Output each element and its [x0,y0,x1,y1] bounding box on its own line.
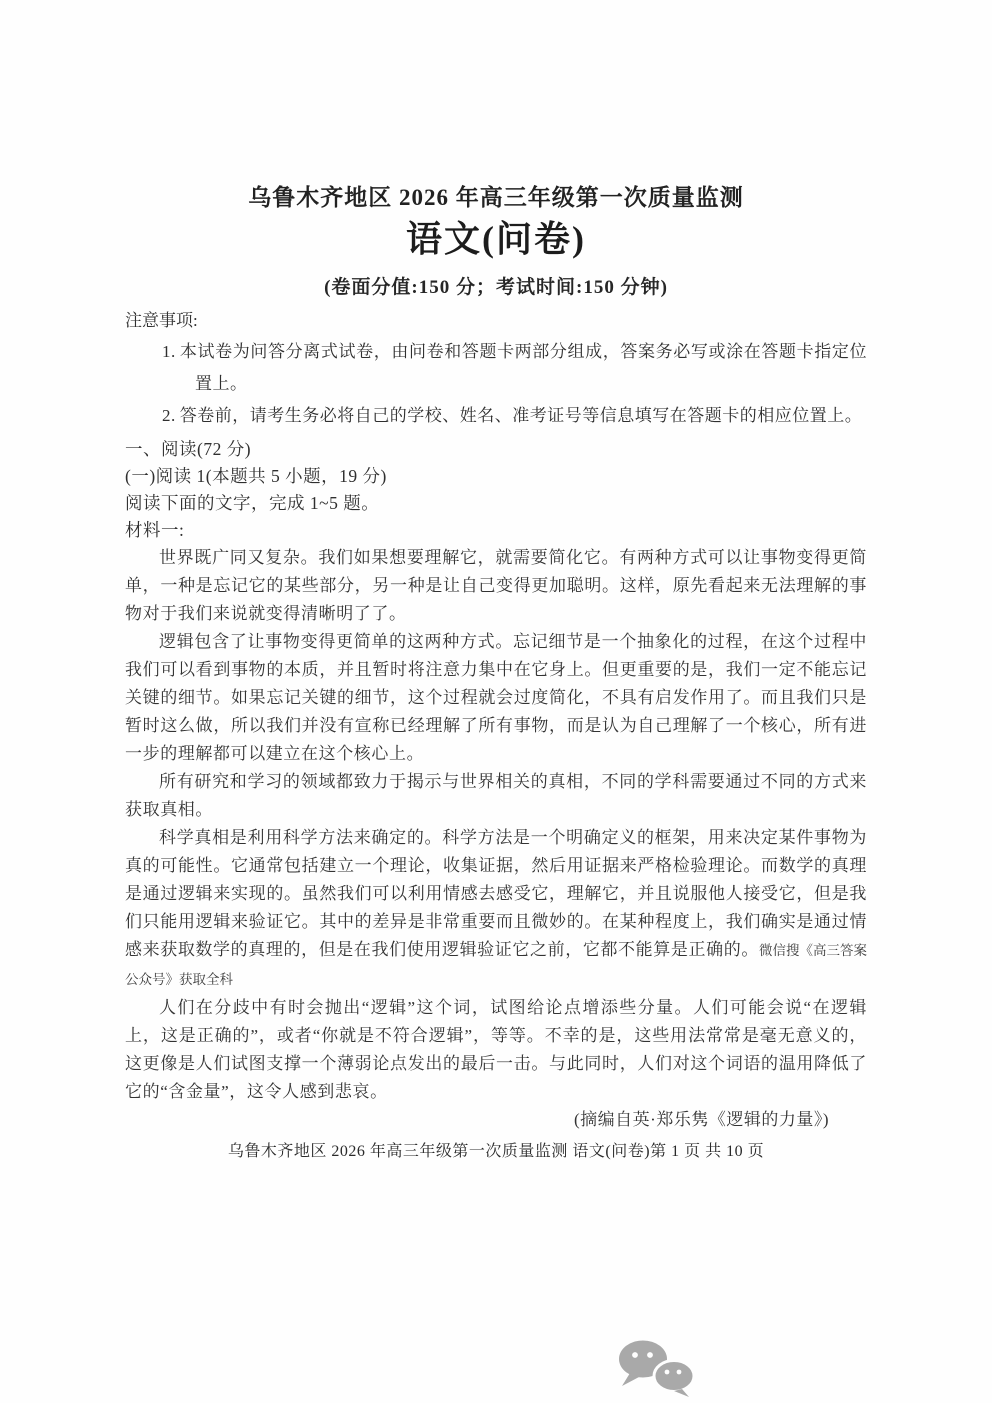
notice-item-number: 1. [162,342,176,361]
section-heading: 一、阅读(72 分) [125,436,867,463]
wechat-icon [612,1336,700,1398]
material-paragraph-4: 科学真相是利用科学方法来确定的。科学方法是一个明确定义的框架，用来决定某件事物为… [125,824,867,994]
exam-title: 乌鲁木齐地区 2026 年高三年级第一次质量监测 [125,184,867,212]
exam-score-time: (卷面分值:150 分；考试时间:150 分钟) [125,276,867,300]
notice-heading: 注意事项: [125,306,867,336]
page-footer: 乌鲁木齐地区 2026 年高三年级第一次质量监测 语文(问卷)第 1 页 共 1… [125,1141,867,1163]
notice-item-text: 本试卷为问答分离式试卷，由问卷和答题卡两部分组成，答案务必写或涂在答题卡指定位置… [180,342,867,393]
notice-item-text: 答卷前，请考生务必将自己的学校、姓名、准考证号等信息填写在答题卡的相应位置上。 [180,406,863,425]
page-content: 乌鲁木齐地区 2026 年高三年级第一次质量监测 语文(问卷) (卷面分值:15… [125,0,867,1163]
reading-section: 一、阅读(72 分) (一)阅读 1(本题共 5 小题，19 分) 阅读下面的文… [125,436,867,1134]
notice-item-2: 2.答卷前，请考生务必将自己的学校、姓名、准考证号等信息填写在答题卡的相应位置上… [125,400,867,432]
subject-title: 语文(问卷) [125,216,867,262]
material-label: 材料一: [125,517,867,544]
reading-instruction: 阅读下面的文字，完成 1~5 题。 [125,490,867,517]
material-paragraph-5: 人们在分歧中有时会抛出“逻辑”这个词，试图给论点增添些分量。人们可能会说“在逻辑… [125,994,867,1106]
material-paragraph-4-text: 科学真相是利用科学方法来确定的。科学方法是一个明确定义的框架，用来决定某件事物为… [125,828,867,959]
subsection-heading: (一)阅读 1(本题共 5 小题，19 分) [125,463,867,490]
material-paragraph-3: 所有研究和学习的领域都致力于揭示与世界相关的真相，不同的学科需要通过不同的方式来… [125,768,867,824]
source-attribution: (摘编自英·郑乐隽《逻辑的力量》) [125,1106,867,1134]
material-paragraph-2: 逻辑包含了让事物变得更简单的这两种方式。忘记细节是一个抽象化的过程，在这个过程中… [125,628,867,768]
exam-paper-page: 乌鲁木齐地区 2026 年高三年级第一次质量监测 语文(问卷) (卷面分值:15… [0,0,992,1403]
material-paragraph-1: 世界既广同又复杂。我们如果想要理解它，就需要简化它。有两种方式可以让事物变得更简… [125,544,867,628]
notice-item-1: 1.本试卷为问答分离式试卷，由问卷和答题卡两部分组成，答案务必写或涂在答题卡指定… [125,336,867,400]
notice-item-number: 2. [162,406,176,425]
